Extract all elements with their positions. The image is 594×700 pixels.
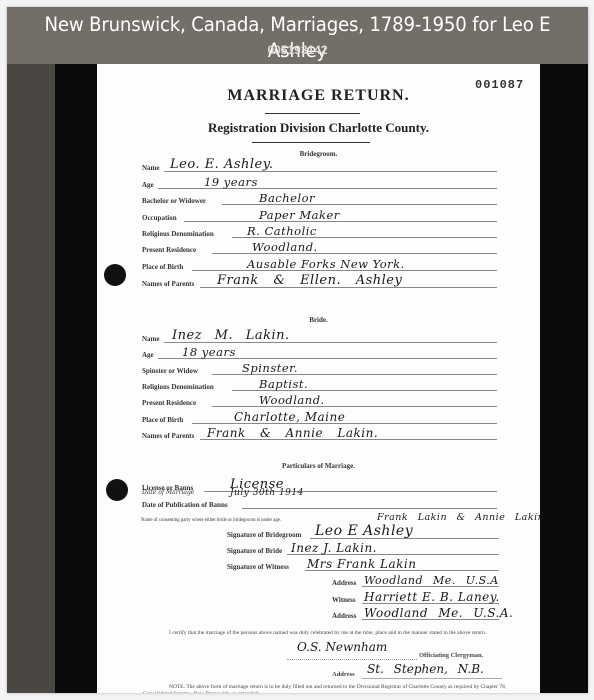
registration-division: Registration Division Charlotte County. [97,120,540,136]
scan-border-left [55,64,97,693]
field-label: Present Residence [142,246,196,254]
clergyman-label: Officiating Clergyman. [419,652,483,659]
punch-hole [106,479,128,501]
field-label: Date of Marriage [142,489,194,496]
field-label: Name [142,164,160,172]
groom-name: Leo. E. Ashley. [170,157,273,172]
bridegroom-heading: Bridegroom. [97,150,540,158]
groom-parents: Frank & Ellen. Ashley [217,273,402,288]
field-label: Age [142,181,154,189]
divider [252,142,370,143]
bride-signature: Inez J. Lakin. [291,541,377,555]
consenting-party: Frank Lakin & Annie Lakin [377,512,544,523]
groom-age-row: Age 19 years [142,176,497,190]
clergy-address-label: Address [332,671,355,678]
bride-birthplace-row: Place of Birth Charlotte, Maine [142,411,497,425]
field-label: Address [332,612,356,620]
groom-residence-row: Present Residence Woodland. [142,241,497,255]
field-label: Present Residence [142,399,196,407]
field-label: Spinster or Widow [142,367,198,375]
field-label: Age [142,351,154,359]
field-label: Bachelor or Widower [142,197,206,205]
groom-occupation: Paper Maker [259,208,340,222]
groom-residence: Woodland. [252,240,318,254]
field-label: Date of Publication of Banns [142,501,228,509]
bride-residence: Woodland. [259,393,325,407]
particulars-heading: Particulars of Marriage. [97,462,540,470]
second-witness-address-row: Address Woodland Me. U.S.A. [332,607,499,621]
divider [265,113,360,114]
clergyman-signature: O.S. Newnham [297,640,387,654]
field-label: Signature of Bridegroom [227,531,301,539]
punch-hole [104,264,126,286]
form-note: NOTE. The above form of marriage return … [143,684,508,693]
groom-religion: R. Catholic [247,224,317,238]
field-label: Name of consenting party where either br… [141,518,281,523]
scan-border-right [540,64,588,693]
bride-age: 18 years [182,345,236,359]
record-id: 005193142 [7,42,588,58]
witness-address-row: Address Woodland Me. U.S.A [332,574,499,588]
field-label: Address [332,579,356,587]
field-label: Place of Birth [142,263,183,271]
field-label: Name [142,335,160,343]
witness-address: Woodland Me. U.S.A [364,574,499,587]
groom-signature: Leo E Ashley [315,523,413,539]
groom-name-row: Name Leo. E. Ashley. [142,159,497,173]
groom-age: 19 years [204,175,258,189]
bride-religion-row: Religious Denomination Baptist. [142,378,497,392]
record-viewer-frame: New Brunswick, Canada, Marriages, 1789-1… [7,7,588,693]
consenting-party-row: Name of consenting party where either br… [141,510,526,524]
groom-religion-row: Religious Denomination R. Catholic [142,225,497,239]
document-title: MARRIAGE RETURN. [97,87,540,105]
certification-text: I certify that the marriage of the perso… [143,630,503,637]
groom-parents-row: Names of Parents Frank & Ellen. Ashley [142,275,497,289]
groom-signature-row: Signature of Bridegroom Leo E Ashley [227,526,499,540]
bride-name: Inez M. Lakin. [172,328,290,343]
groom-status: Bachelor [259,191,315,205]
field-label: Signature of Witness [227,563,289,571]
witness-signature-row: Signature of Witness Mrs Frank Lakin [227,558,499,572]
bride-parents-row: Names of Parents Frank & Annie Lakin. [142,427,497,441]
second-witness-row: Witness Harriett E. B. Laney. [332,591,499,605]
witness-signature: Mrs Frank Lakin [307,557,417,571]
image-viewer[interactable]: 001087 MARRIAGE RETURN. Registration Div… [7,64,588,693]
bride-residence-row: Present Residence Woodland. [142,394,497,408]
banns-publication-row: Date of Publication of Banns [142,496,497,510]
second-witness: Harriett E. B. Laney. [364,590,500,604]
bride-birthplace: Charlotte, Maine [234,410,345,424]
second-witness-address: Woodland Me. U.S.A. [364,606,513,620]
field-label: Place of Birth [142,416,183,424]
field-label: Witness [332,596,356,604]
bride-heading: Bride. [97,316,540,324]
field-label: Signature of Bride [227,547,282,555]
bride-age-row: Age 18 years [142,346,497,360]
bride-parents: Frank & Annie Lakin. [207,426,378,440]
record-header: New Brunswick, Canada, Marriages, 1789-1… [7,7,588,64]
field-label: Names of Parents [142,280,194,288]
groom-status-row: Bachelor or Widower Bachelor [142,192,497,206]
bride-status-row: Spinster or Widow Spinster. [142,362,497,376]
field-label: Religious Denomination [142,230,214,238]
groom-occupation-row: Occupation Paper Maker [142,209,497,223]
bride-name-row: Name Inez M. Lakin. [142,330,497,344]
field-label: Occupation [142,214,177,222]
groom-birthplace: Ausable Forks New York. [247,257,405,271]
groom-birthplace-row: Place of Birth Ausable Forks New York. [142,258,497,272]
bride-signature-row: Signature of Bride Inez J. Lakin. [227,542,499,556]
marriage-return-document: 001087 MARRIAGE RETURN. Registration Div… [97,64,540,693]
bride-religion: Baptist. [259,377,308,391]
field-label: Religious Denomination [142,383,214,391]
clergy-address: St. Stephen, N.B. [367,662,484,676]
bride-status: Spinster. [242,361,298,375]
field-label: Names of Parents [142,432,194,440]
